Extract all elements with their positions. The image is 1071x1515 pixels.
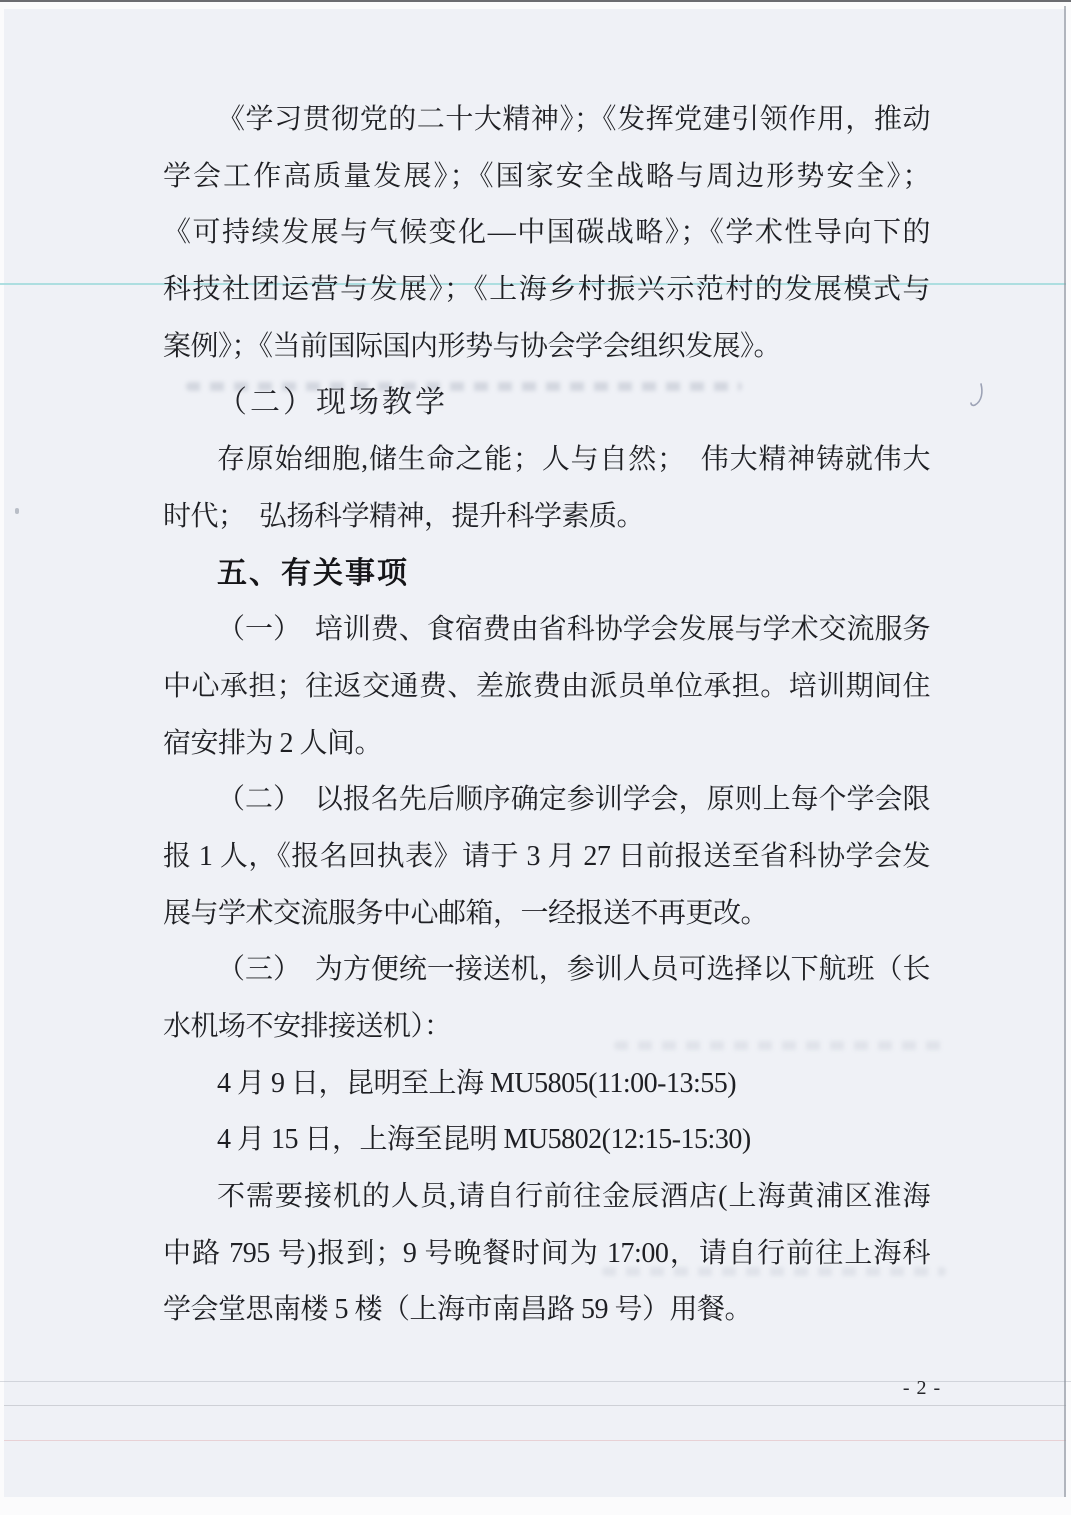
text-line: 学会堂思南楼 5 楼（上海市南昌路 59 号）用餐。 — [163, 1282, 930, 1339]
scan-pink-rule-line — [4, 1440, 1066, 1441]
text-line: 宿安排为 2 人间。 — [163, 716, 930, 773]
text-line: 报 1 人，《报名回执表》请于 3 月 27 日前报送至省科协学会发 — [163, 829, 930, 886]
text-line: 科技社团运营与发展》；《上海乡村振兴示范村的发展模式与 — [163, 262, 930, 319]
text-line: 时代； 弘扬科学精神，提升科学素质。 — [163, 489, 930, 546]
scanned-document-page: { "scan": { "paper_color": "#eff1f6", "t… — [0, 0, 1071, 1515]
text-line: 水机场不安排接送机）： — [163, 999, 930, 1056]
page-number: - 2 - — [886, 1374, 958, 1402]
text-line: 中心承担；往返交通费、差旅费由派员单位承担。培训期间住 — [163, 659, 930, 716]
scan-right-edge-line — [1064, 6, 1066, 1497]
text-line: 案例》；《当前国际国内形势与协会学会组织发展》。 — [163, 319, 930, 376]
text-line: （二） 以报名先后顺序确定参训学会，原则上每个学会限 — [163, 772, 930, 829]
text-line: 4 月 9 日，昆明至上海 MU5805(11:00-13:55) — [163, 1056, 930, 1113]
text-line: 五、有关事项 — [163, 546, 930, 603]
pen-hook-mark — [966, 382, 986, 408]
scan-speck — [15, 508, 19, 514]
text-line: 学会工作高质量发展》；《国家安全战略与周边形势安全》； — [163, 149, 930, 206]
text-line: 展与学术交流服务中心邮箱，一经报送不再更改。 — [163, 886, 930, 943]
text-line: 4 月 15 日，上海至昆明 MU5802(12:15-15:30) — [163, 1112, 930, 1169]
text-line: （三） 为方便统一接送机，参训人员可选择以下航班（长 — [163, 942, 930, 999]
text-line: （一） 培训费、食宿费由省科协学会发展与学术交流服务 — [163, 602, 930, 659]
text-line: 中路 795 号)报到；9 号晚餐时间为 17:00，请自行前往上海科 — [163, 1226, 930, 1283]
text-line: （二）现场教学 — [163, 375, 930, 432]
scan-gray-rule-line — [4, 1405, 1066, 1406]
text-line: 不需要接机的人员,请自行前往金辰酒店(上海黄浦区淮海 — [163, 1169, 930, 1226]
text-line: 存原始细胞,储生命之能；人与自然； 伟大精神铸就伟大 — [163, 432, 930, 489]
text-line: 《学习贯彻党的二十大精神》；《发挥党建引领作用，推动 — [163, 92, 930, 149]
document-body: 《学习贯彻党的二十大精神》；《发挥党建引领作用，推动学会工作高质量发展》；《国家… — [163, 92, 930, 1339]
text-line: 《可持续发展与气候变化—中国碳战略》；《学术性导向下的 — [163, 205, 930, 262]
scan-top-edge-line — [0, 0, 1071, 2]
